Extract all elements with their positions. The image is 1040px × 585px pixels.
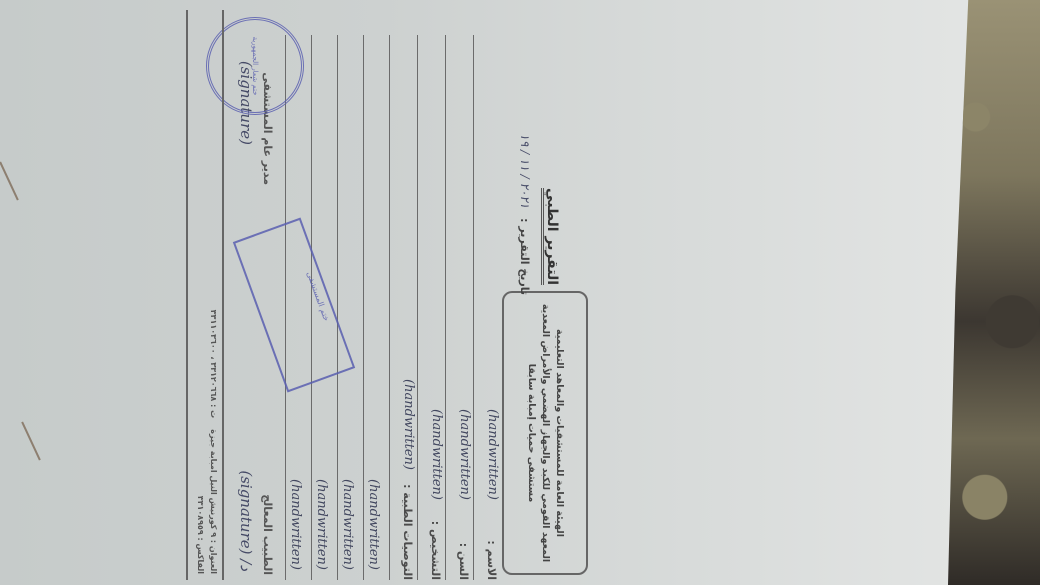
handwritten-text: (handwritten) <box>366 35 381 570</box>
field-recommendations: التوصيات الطبية : (handwritten) <box>389 35 416 580</box>
date-label: تاريخ التقرير : <box>518 218 531 295</box>
ruled-line: (handwritten) <box>337 35 338 580</box>
field-label: التشخيص : <box>429 521 442 580</box>
physician-label: الطبيب المعالج <box>261 494 274 575</box>
field-value: (handwritten) <box>429 35 444 500</box>
header-line-3: مستشفى حميات إمبابة سابقا <box>524 303 538 563</box>
report-footer: العنوان : ٩ كورنيش النيل امبابة جيزة ت :… <box>186 10 224 580</box>
date-value: ٢٠٢١ / ١١ / ١٩ <box>518 133 532 208</box>
footer-address-text: العنوان : ٩ كورنيش النيل امبابة جيزة <box>209 429 218 574</box>
field-label: الاسم : <box>485 540 498 580</box>
medical-report-page: الهيئة العامة للمستشفيات والمعاهد التعلي… <box>180 5 600 585</box>
field-label: السن : <box>457 543 470 580</box>
field-age: السن : (handwritten) <box>445 35 472 580</box>
physician-signature: د/ (signature) <box>237 470 255 571</box>
institution-header: الهيئة العامة للمستشفيات والمعاهد التعلي… <box>502 291 588 575</box>
footer-phones: ت : ٣٣١٢٠٦٦٨ ، ٣٣١١٠٣٦٠٠ <box>209 310 218 418</box>
header-line-2: المعهد القومي للكبد والجهاز الهضمي والأم… <box>538 303 552 563</box>
field-value: (handwritten) <box>457 35 472 500</box>
handwritten-text: (handwritten) <box>340 35 355 570</box>
field-diagnosis: التشخيص : (handwritten) <box>417 35 444 580</box>
field-name: الاسم : (handwritten) <box>473 35 500 580</box>
field-label: التوصيات الطبية : <box>401 484 414 580</box>
footer-address: العنوان : ٩ كورنيش النيل امبابة جيزة ت :… <box>207 16 220 574</box>
report-date: تاريخ التقرير : ٢٠٢١ / ١١ / ١٩ <box>518 133 532 295</box>
report-title: التقرير الطبي <box>541 188 560 285</box>
footer-fax: الفاكس : ٣٣١٠٨٩٥٩ <box>194 16 207 574</box>
field-value: (handwritten) <box>401 35 416 470</box>
field-value: (handwritten) <box>485 35 500 500</box>
header-line-1: الهيئة العامة للمستشفيات والمعاهد التعلي… <box>552 303 566 563</box>
stamp-text: ختم شعار الجمهورية <box>251 37 259 96</box>
ruled-line: (handwritten) <box>363 35 364 580</box>
